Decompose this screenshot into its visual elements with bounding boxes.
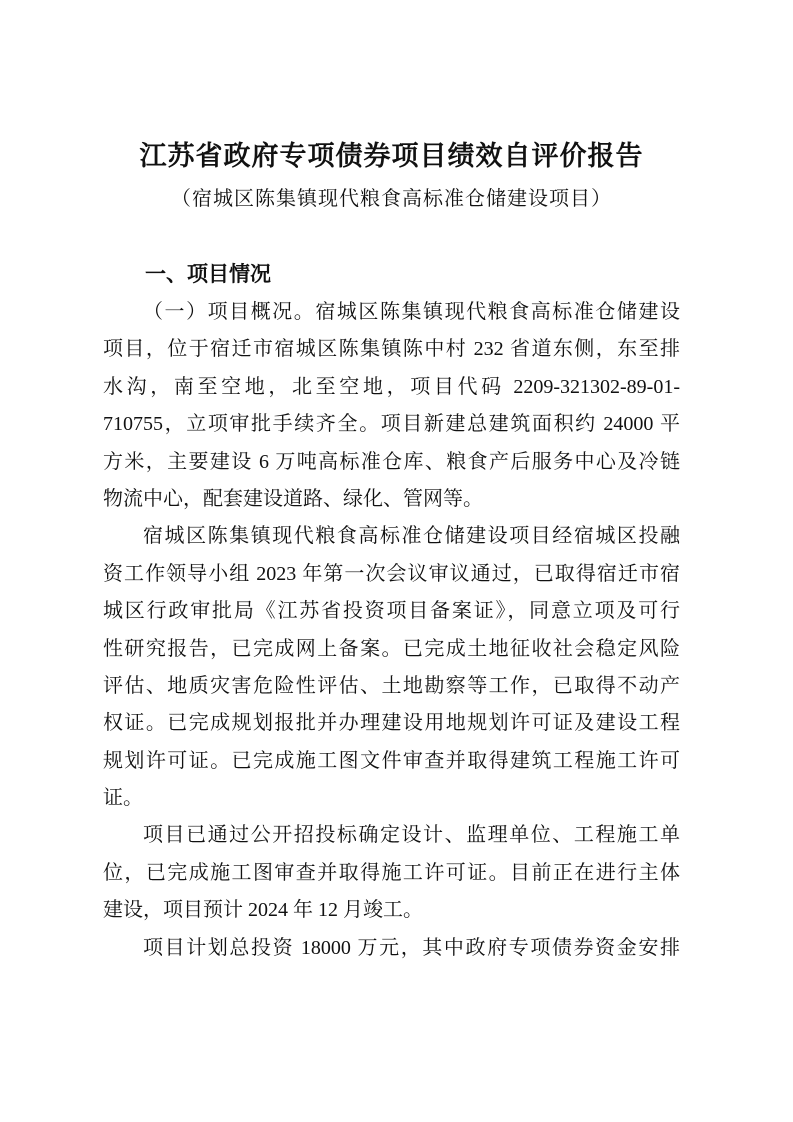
paragraph: 宿城区陈集镇现代粮食高标准仓储建设项目经宿城区投融资工作领导小组 2023 年第… bbox=[103, 518, 680, 817]
text-line: 证。 bbox=[103, 780, 680, 817]
text-line: 建设，项目预计 2024 年 12 月竣工。 bbox=[103, 892, 680, 929]
text-line: 性研究报告，已完成网上备案。已完成土地征收社会稳定风险 bbox=[103, 631, 680, 668]
document-subtitle: （宿城区陈集镇现代粮食高标准仓储建设项目） bbox=[103, 186, 680, 212]
text-line: 评估、地质灾害危险性评估、土地勘察等工作，已取得不动产 bbox=[103, 668, 680, 705]
text-line: 规划许可证。已完成施工图文件审查并取得建筑工程施工许可 bbox=[103, 743, 680, 780]
text-line: 710755，立项审批手续齐全。项目新建总建筑面积约 24000 平 bbox=[103, 406, 680, 443]
paragraph: （一）项目概况。宿城区陈集镇现代粮食高标准仓储建设项目，位于宿迁市宿城区陈集镇陈… bbox=[103, 294, 680, 518]
text-line: 项目，位于宿迁市宿城区陈集镇陈中村 232 省道东侧，东至排 bbox=[103, 331, 680, 368]
text-line: 位，已完成施工图审查并取得施工许可证。目前正在进行主体 bbox=[103, 855, 680, 892]
text-line: 项目已通过公开招投标确定设计、监理单位、工程施工单 bbox=[103, 817, 680, 854]
text-line: 方米，主要建设 6 万吨高标准仓库、粮食产后服务中心及冷链 bbox=[103, 444, 680, 481]
text-line: 资工作领导小组 2023 年第一次会议审议通过，已取得宿迁市宿 bbox=[103, 556, 680, 593]
text-line: 项目计划总投资 18000 万元，其中政府专项债券资金安排 bbox=[103, 930, 680, 967]
document-page: 江苏省政府专项债券项目绩效自评价报告 （宿城区陈集镇现代粮食高标准仓储建设项目）… bbox=[0, 0, 793, 1122]
paragraph: 项目已通过公开招投标确定设计、监理单位、工程施工单位，已完成施工图审查并取得施工… bbox=[103, 817, 680, 929]
section-heading: 一、项目情况 bbox=[103, 260, 680, 290]
text-line: 物流中心，配套建设道路、绿化、管网等。 bbox=[103, 481, 680, 518]
document-content: 江苏省政府专项债券项目绩效自评价报告 （宿城区陈集镇现代粮食高标准仓储建设项目）… bbox=[0, 140, 793, 967]
text-line: 水沟，南至空地，北至空地，项目代码 2209-321302-89-01- bbox=[103, 369, 680, 406]
document-body: （一）项目概况。宿城区陈集镇现代粮食高标准仓储建设项目，位于宿迁市宿城区陈集镇陈… bbox=[103, 294, 680, 967]
document-title: 江苏省政府专项债券项目绩效自评价报告 bbox=[103, 140, 680, 172]
paragraph: 项目计划总投资 18000 万元，其中政府专项债券资金安排 bbox=[103, 930, 680, 967]
text-line: 城区行政审批局《江苏省投资项目备案证》，同意立项及可行 bbox=[103, 593, 680, 630]
text-line: 宿城区陈集镇现代粮食高标准仓储建设项目经宿城区投融 bbox=[103, 518, 680, 555]
text-line: （一）项目概况。宿城区陈集镇现代粮食高标准仓储建设 bbox=[103, 294, 680, 331]
text-line: 权证。已完成规划报批并办理建设用地规划许可证及建设工程 bbox=[103, 705, 680, 742]
